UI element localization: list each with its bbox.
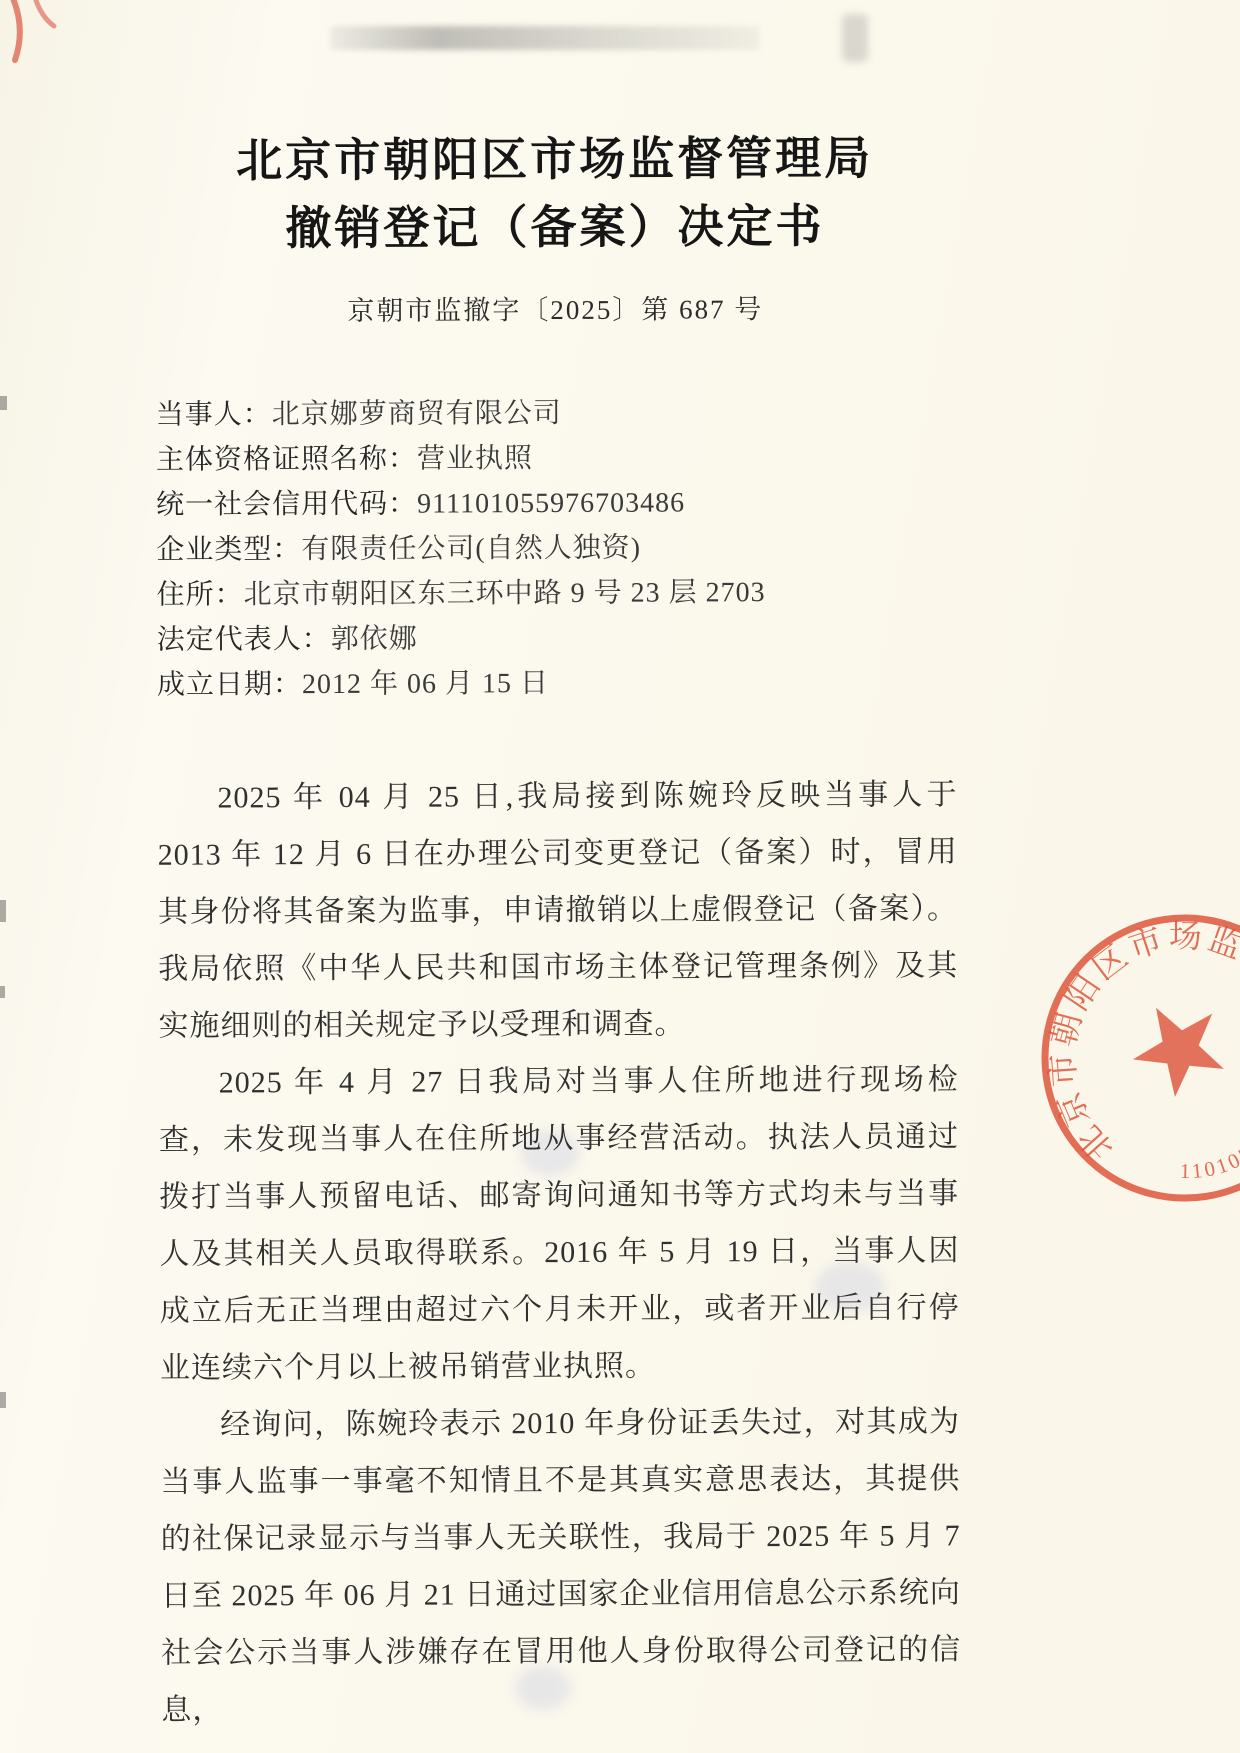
info-value: 北京娜萝商贸有限公司 xyxy=(272,398,562,430)
scan-edge-speck xyxy=(0,986,5,998)
document-number: 京朝市监撤字〔2025〕第 687 号 xyxy=(155,286,955,328)
body-paragraphs: 2025 年 04 月 25 日,我局接到陈婉玲反映当事人于 2013 年 12… xyxy=(157,766,961,1738)
info-row-legal-representative: 法定代表人：郭依娜 xyxy=(157,614,957,662)
info-label: 主体资格证照名称： xyxy=(156,444,417,476)
document-title-line2: 撤销登记（备案）决定书 xyxy=(155,192,955,263)
info-value: 营业执照 xyxy=(417,443,533,475)
official-seal-stamp: 北京市朝阳区市场监督管理局 1101052 xyxy=(1005,878,1240,1238)
info-value: 北京市朝阳区东三环中路 9 号 23 层 2703 xyxy=(243,577,765,610)
party-info-block: 当事人：北京娜萝商贸有限公司 主体资格证照名称：营业执照 统一社会信用代码：91… xyxy=(156,389,957,707)
info-label: 住所： xyxy=(156,579,243,610)
info-value: 2012 年 06 月 15 日 xyxy=(302,668,549,700)
scan-edge-speck xyxy=(0,900,6,922)
info-label: 法定代表人： xyxy=(157,624,331,656)
document-title-line1: 北京市朝阳区市场监督管理局 xyxy=(154,124,954,195)
scanned-document-page: 北京市朝阳区市场监督管理局 撤销登记（备案）决定书 京朝市监撤字〔2025〕第 … xyxy=(0,0,1240,1753)
red-pen-corner-marks xyxy=(0,0,80,90)
info-row-party: 当事人：北京娜萝商贸有限公司 xyxy=(156,389,956,437)
info-label: 成立日期： xyxy=(157,669,302,701)
seal-star-icon xyxy=(1116,985,1239,1106)
info-label: 企业类型： xyxy=(156,534,301,566)
info-row-credit-code: 统一社会信用代码：911101055976703486 xyxy=(156,479,956,527)
info-row-company-type: 企业类型：有限责任公司(自然人独资) xyxy=(156,524,956,572)
paragraph-complaint: 2025 年 04 月 25 日,我局接到陈婉玲反映当事人于 2013 年 12… xyxy=(157,766,958,1054)
paragraph-inspection: 2025 年 4 月 27 日我局对当事人住所地进行现场检查，未发现当事人在住所… xyxy=(159,1051,960,1396)
info-value: 911101055976703486 xyxy=(417,487,685,519)
scan-ghost-smudge xyxy=(330,26,760,50)
document-body: 北京市朝阳区市场监督管理局 撤销登记（备案）决定书 京朝市监撤字〔2025〕第 … xyxy=(154,124,961,1738)
info-row-license-name: 主体资格证照名称：营业执照 xyxy=(156,434,956,482)
info-row-address: 住所：北京市朝阳区东三环中路 9 号 23 层 2703 xyxy=(156,569,956,617)
info-label: 统一社会信用代码： xyxy=(156,489,417,521)
info-row-establish-date: 成立日期：2012 年 06 月 15 日 xyxy=(157,659,957,707)
info-label: 当事人： xyxy=(156,399,272,431)
scan-edge-speck xyxy=(0,396,7,410)
scan-edge-speck xyxy=(0,1392,6,1408)
info-value: 有限责任公司(自然人独资) xyxy=(301,533,641,565)
paragraph-inquiry: 经询问，陈婉玲表示 2010 年身份证丢失过，对其成为当事人监事一事毫不知情且不… xyxy=(160,1393,961,1738)
info-value: 郭依娜 xyxy=(331,624,418,655)
scan-ghost-smudge xyxy=(842,14,868,62)
